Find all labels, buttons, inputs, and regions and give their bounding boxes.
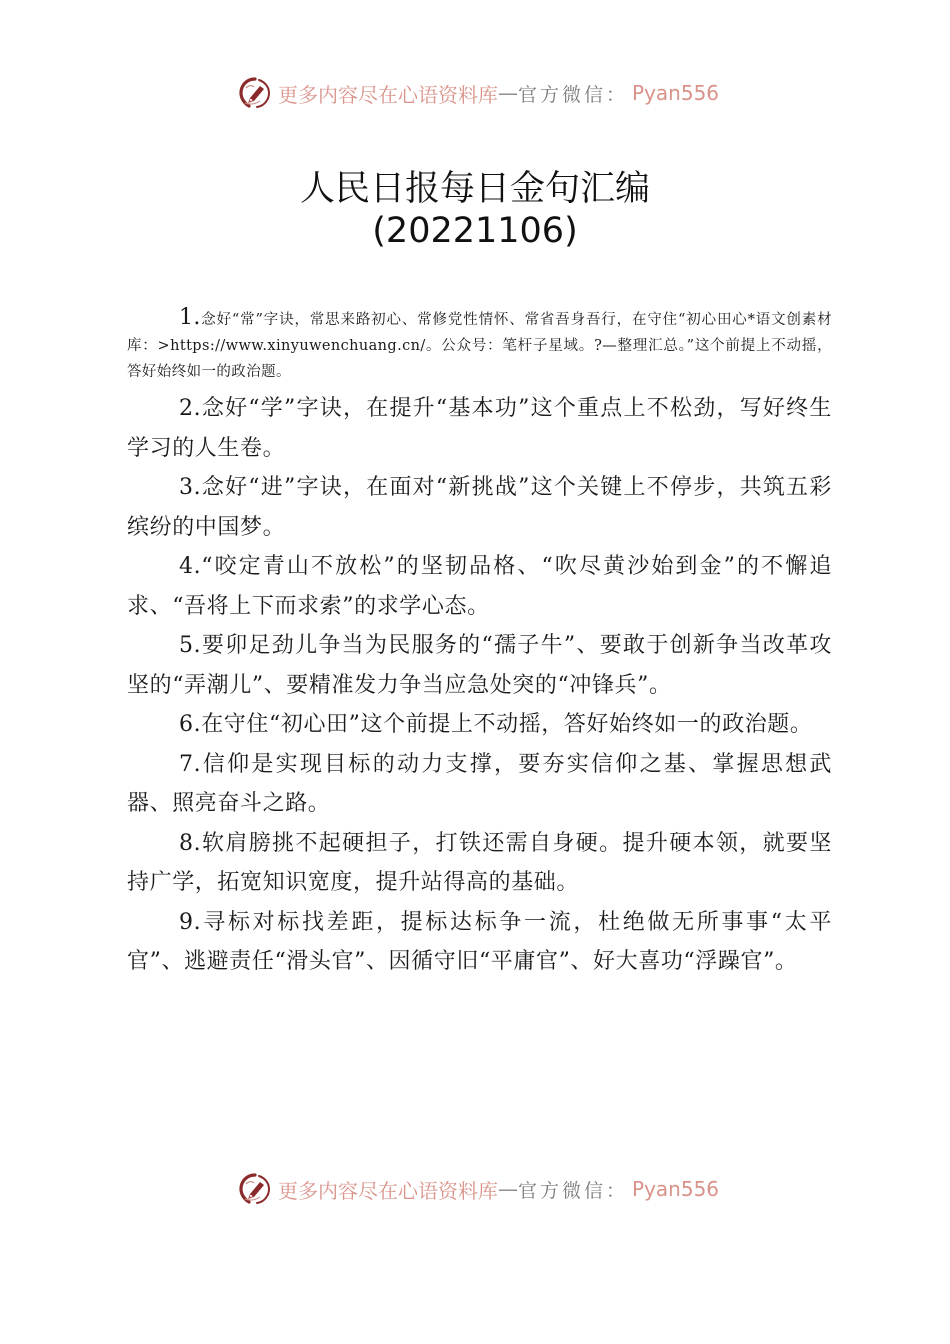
quote-item-9: 9.寻标对标找差距，提标达标争一流，杜绝做无所事事“太平官”、逃避责任“滑头官”… <box>127 903 832 982</box>
quote-number: 4. <box>179 554 201 579</box>
quote-text: 在守住“初心田”这个前提上不动摇，答好始终如一的政治题。 <box>201 712 812 737</box>
quote-number: 1. <box>179 305 201 330</box>
pen-nib-logo-icon <box>238 76 272 110</box>
banner-wechat-label: 官方微信： <box>518 80 628 107</box>
header-banner: 更多内容尽在心语资料库 — 官方微信： Pyan556 <box>238 75 738 111</box>
quote-text: 念好“常”字诀，常思来路初心、常修党性情怀、常省吾身吾行，在守住“初心田心*语文… <box>127 312 832 380</box>
quote-item-8: 8.软肩膀挑不起硬担子，打铁还需自身硬。提升硬本领，就要坚持广学，拓宽知识宽度，… <box>127 824 832 903</box>
quote-text: 信仰是实现目标的动力支撑，要夯实信仰之基、掌握思想武器、照亮奋斗之路。 <box>127 752 832 817</box>
quote-number: 6. <box>179 712 201 737</box>
banner-promo-text: 更多内容尽在心语资料库 <box>278 1175 498 1204</box>
quote-item-2: 2.念好“学”字诀，在提升“基本功”这个重点上不松劲，写好终生学习的人生卷。 <box>127 389 832 468</box>
banner-separator: — <box>498 81 518 105</box>
quote-item-3: 3.念好“进”字诀，在面对“新挑战”这个关键上不停步，共筑五彩缤纷的中国梦。 <box>127 468 832 547</box>
document-title-block: 人民日报每日金句汇编 (20221106) <box>0 168 950 252</box>
banner-wechat-label: 官方微信： <box>518 1176 628 1203</box>
quote-text: “咬定青山不放松”的坚韧品格、“吹尽黄沙始到金”的不懈追求、“吾将上下而求索”的… <box>127 554 832 619</box>
quote-text: 念好“学”字诀，在提升“基本功”这个重点上不松劲，写好终生学习的人生卷。 <box>127 396 832 461</box>
quote-list: 1.念好“常”字诀，常思来路初心、常修党性情怀、常省吾身吾行，在守住“初心田心*… <box>127 305 832 982</box>
pen-nib-logo-icon <box>238 1172 272 1206</box>
quote-number: 5. <box>179 633 201 658</box>
quote-number: 3. <box>179 475 201 500</box>
banner-separator: — <box>498 1177 518 1201</box>
quote-number: 7. <box>179 752 201 777</box>
quote-number: 9. <box>179 910 201 935</box>
quote-text: 寻标对标找差距，提标达标争一流，杜绝做无所事事“太平官”、逃避责任“滑头官”、因… <box>127 910 832 975</box>
quote-item-6: 6.在守住“初心田”这个前提上不动摇，答好始终如一的政治题。 <box>127 705 832 745</box>
quote-text: 念好“进”字诀，在面对“新挑战”这个关键上不停步，共筑五彩缤纷的中国梦。 <box>127 475 832 540</box>
banner-wechat-id: Pyan556 <box>632 1177 719 1201</box>
banner-promo-text: 更多内容尽在心语资料库 <box>278 79 498 108</box>
quote-item-1: 1.念好“常”字诀，常思来路初心、常修党性情怀、常省吾身吾行，在守住“初心田心*… <box>127 305 832 385</box>
footer-banner: 更多内容尽在心语资料库 — 官方微信： Pyan556 <box>238 1171 738 1207</box>
banner-wechat-id: Pyan556 <box>632 81 719 105</box>
quote-item-5: 5.要卯足劲儿争当为民服务的“孺子牛”、要敢于创新争当改革攻坚的“弄潮儿”、要精… <box>127 626 832 705</box>
quote-text: 要卯足劲儿争当为民服务的“孺子牛”、要敢于创新争当改革攻坚的“弄潮儿”、要精准发… <box>127 633 832 698</box>
quote-item-4: 4.“咬定青山不放松”的坚韧品格、“吹尽黄沙始到金”的不懈追求、“吾将上下而求索… <box>127 547 832 626</box>
quote-number: 2. <box>179 396 201 421</box>
quote-text: 软肩膀挑不起硬担子，打铁还需自身硬。提升硬本领，就要坚持广学，拓宽知识宽度，提升… <box>127 831 832 896</box>
quote-item-7: 7.信仰是实现目标的动力支撑，要夯实信仰之基、掌握思想武器、照亮奋斗之路。 <box>127 745 832 824</box>
document-title: 人民日报每日金句汇编 <box>0 168 950 210</box>
document-date: (20221106) <box>0 210 950 252</box>
quote-number: 8. <box>179 831 201 856</box>
